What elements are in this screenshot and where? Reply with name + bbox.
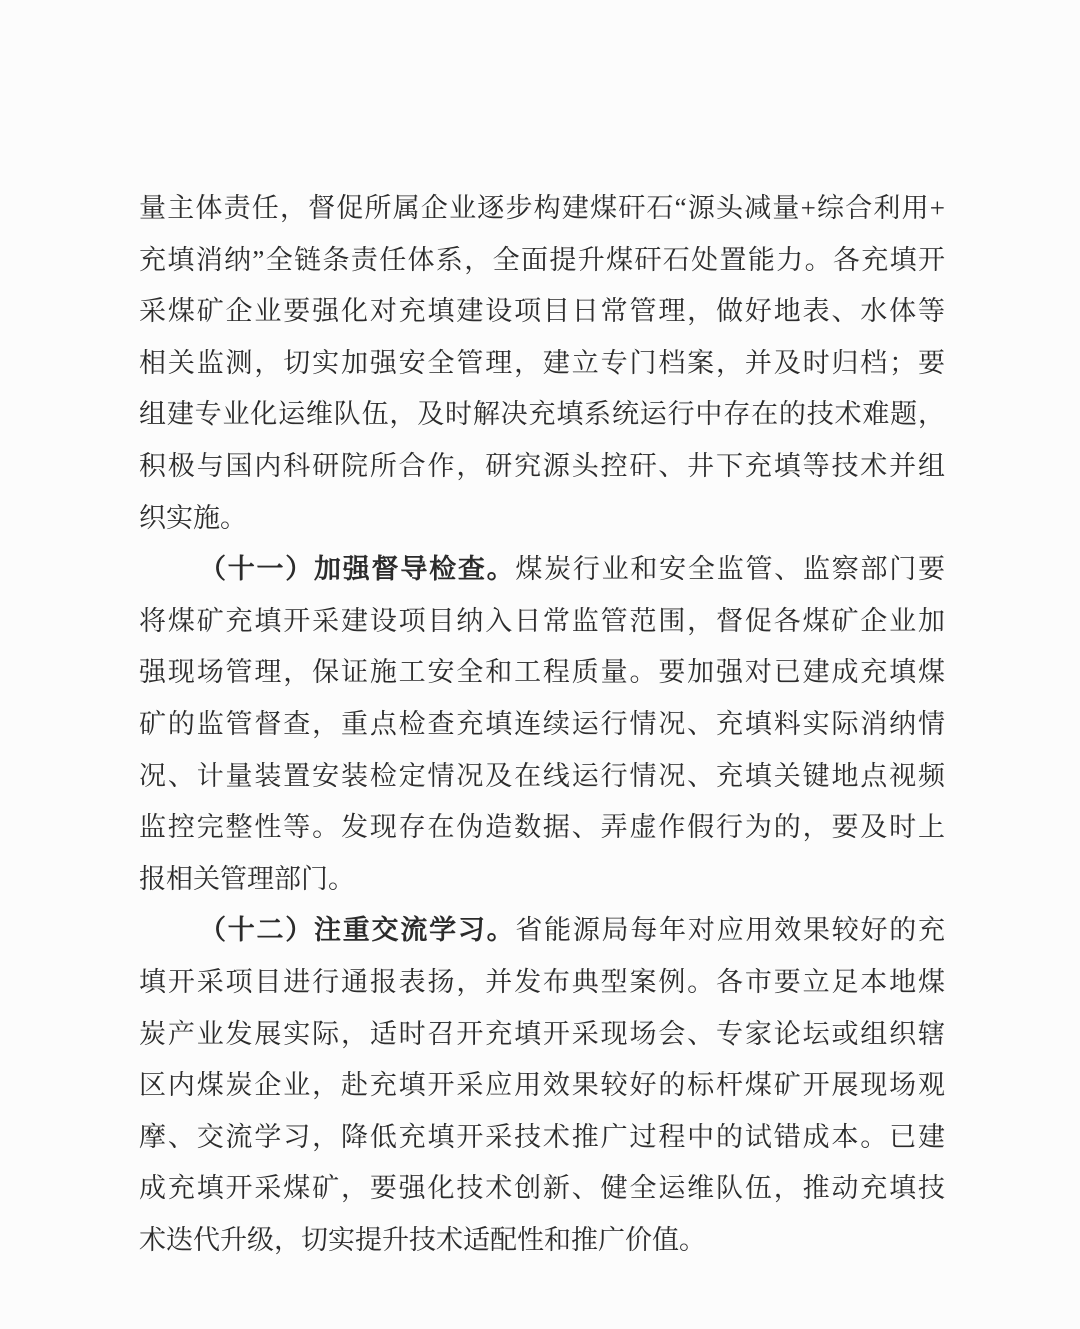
document-page: 量主体责任，督促所属企业逐步构建煤矸石“源头减量+综合利用+充填消纳”全链条责任… <box>0 0 1080 1329</box>
text-line: 成充填开采煤矿，要强化技术创新、健全运维队伍，推动充填技 <box>139 1163 945 1215</box>
text-line: 报相关管理部门。 <box>139 854 945 906</box>
text-line: 强现场管理，保证施工安全和工程质量。要加强对已建成充填煤 <box>139 647 945 699</box>
text-line: （十二）注重交流学习。省能源局每年对应用效果较好的充 <box>139 905 945 957</box>
paragraph-heading: （十二）注重交流学习。 <box>199 915 515 945</box>
text-line: 炭产业发展实际，适时召开充填开采现场会、专家论坛或组织辖 <box>139 1009 945 1061</box>
text-line: 相关监测，切实加强安全管理，建立专门档案，并及时归档；要 <box>139 338 945 390</box>
text-line: 组建专业化运维队伍，及时解决充填系统运行中存在的技术难题， <box>139 389 945 441</box>
paragraph-text: 煤炭行业和安全监管、监察部门要 <box>515 554 945 584</box>
document-text-block: 量主体责任，督促所属企业逐步构建煤矸石“源头减量+综合利用+充填消纳”全链条责任… <box>139 183 945 1266</box>
text-line: 术迭代升级，切实提升技术适配性和推广价值。 <box>139 1215 945 1267</box>
paragraph-text: 省能源局每年对应用效果较好的充 <box>515 915 945 945</box>
text-line: 采煤矿企业要强化对充填建设项目日常管理，做好地表、水体等 <box>139 286 945 338</box>
text-line: 况、计量装置安装检定情况及在线运行情况、充填关键地点视频 <box>139 751 945 803</box>
text-line: 监控完整性等。发现存在伪造数据、弄虚作假行为的，要及时上 <box>139 802 945 854</box>
text-line: 充填消纳”全链条责任体系，全面提升煤矸石处置能力。各充填开 <box>139 235 945 287</box>
text-line: 将煤矿充填开采建设项目纳入日常监管范围，督促各煤矿企业加 <box>139 596 945 648</box>
text-line: 填开采项目进行通报表扬，并发布典型案例。各市要立足本地煤 <box>139 957 945 1009</box>
text-line: 量主体责任，督促所属企业逐步构建煤矸石“源头减量+综合利用+ <box>139 183 945 235</box>
text-line: 摩、交流学习，降低充填开采技术推广过程中的试错成本。已建 <box>139 1112 945 1164</box>
text-line: 织实施。 <box>139 493 945 545</box>
paragraph-heading: （十一）加强督导检查。 <box>199 554 515 584</box>
text-line: 积极与国内科研院所合作，研究源头控矸、井下充填等技术并组 <box>139 441 945 493</box>
text-line: （十一）加强督导检查。煤炭行业和安全监管、监察部门要 <box>139 544 945 596</box>
text-line: 区内煤炭企业，赴充填开采应用效果较好的标杆煤矿开展现场观 <box>139 1060 945 1112</box>
text-line: 矿的监管督查，重点检查充填连续运行情况、充填料实际消纳情 <box>139 699 945 751</box>
